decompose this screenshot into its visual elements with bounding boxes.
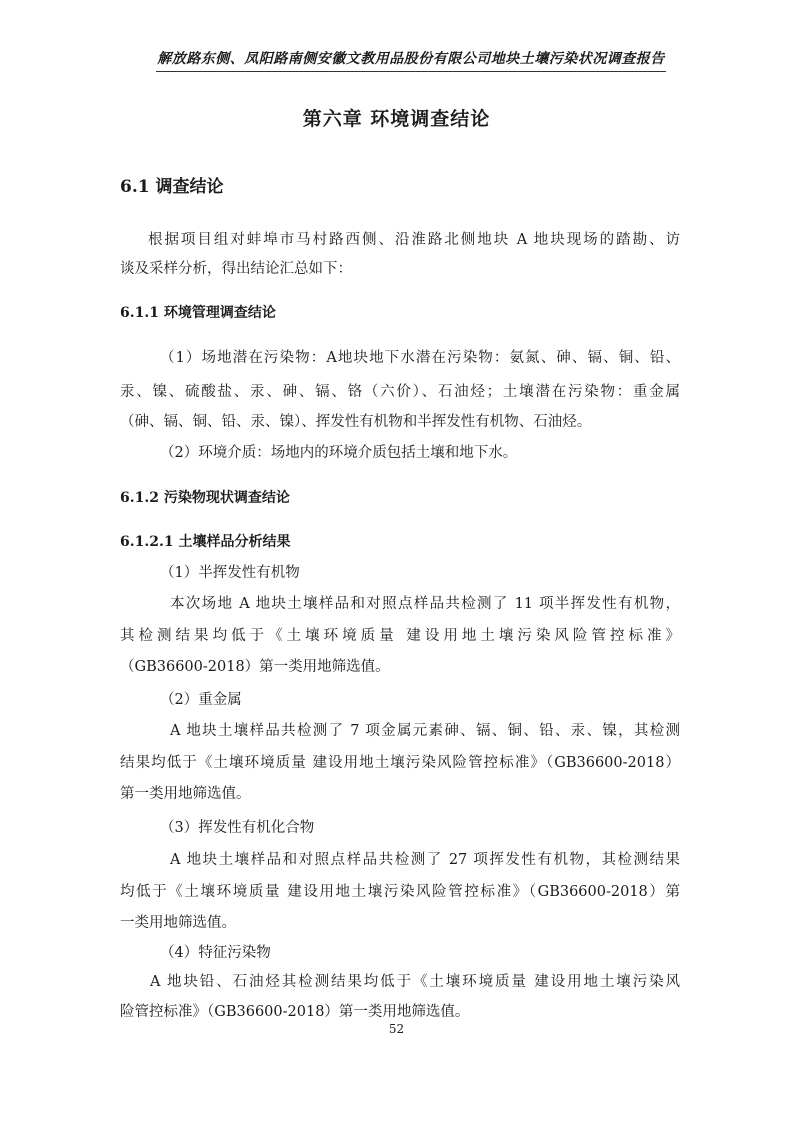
intro-line: 根据项目组对蚌埠市马村路西侧、沿淮路北侧地块 A 地块现场的踏勘、访 bbox=[148, 228, 680, 249]
body-line: A 地块土壤样品共检测了 7 项金属元素砷、镉、铜、铅、汞、镍，其检测 bbox=[170, 719, 680, 740]
body-line: （GB36600-2018）第一类用地筛选值。 bbox=[120, 655, 680, 676]
body-line: 本次场地 A 地块土壤样品和对照点样品共检测了 11 项半挥发性有机物， bbox=[170, 592, 680, 613]
page-number: 52 bbox=[0, 1022, 793, 1036]
intro-line: 谈及采样分析，得出结论汇总如下： bbox=[120, 257, 680, 278]
body-line: A 地块土壤样品和对照点样品共检测了 27 项挥发性有机物，其检测结果 bbox=[170, 848, 680, 869]
item-label: （2）重金属 bbox=[160, 688, 720, 709]
subsection-title: 6.1.2 污染物现状调查结论 bbox=[120, 487, 290, 507]
body-line: 结果均低于《土壤环境质量 建设用地土壤污染风险管控标准》（GB36600-201… bbox=[120, 751, 680, 772]
subsubsection-title: 6.1.2.1 土壤样品分析结果 bbox=[120, 531, 290, 551]
body-line: 一类用地筛选值。 bbox=[120, 911, 680, 932]
subsection-title: 6.1.1 环境管理调查结论 bbox=[120, 302, 276, 322]
body-line: （1）场地潜在污染物：A地块地下水潜在污染物：氨氮、砷、镉、铜、铅、 bbox=[160, 346, 680, 367]
body-line: A 地块铅、石油烃其检测结果均低于《土壤环境质量 建设用地土壤污染风 bbox=[150, 970, 680, 991]
body-line: （砷、镉、铜、铅、汞、镍）、挥发性有机物和半挥发性有机物、石油烃。 bbox=[120, 410, 680, 431]
item-label: （3）挥发性有机化合物 bbox=[160, 816, 720, 837]
chapter-title: 第六章 环境调查结论 bbox=[0, 104, 793, 131]
item-label: （1）半挥发性有机物 bbox=[160, 561, 720, 582]
body-line: （2）环境介质：场地内的环境介质包括土壤和地下水。 bbox=[160, 441, 720, 462]
body-line: 险管控标准》（GB36600-2018）第一类用地筛选值。 bbox=[120, 1000, 680, 1021]
body-line: 其检测结果均低于《土壤环境质量 建设用地土壤污染风险管控标准》 bbox=[120, 624, 680, 645]
section-title: 6.1 调查结论 bbox=[120, 172, 224, 197]
running-header: 解放路东侧、凤阳路南侧安徽文教用品股份有限公司地块土壤污染状况调查报告 bbox=[156, 48, 666, 72]
body-line: 第一类用地筛选值。 bbox=[120, 782, 680, 803]
body-line: 汞、镍、硫酸盐、汞、砷、镉、铬（六价）、石油烃；土壤潜在污染物：重金属 bbox=[120, 380, 680, 401]
item-label: （4）特征污染物 bbox=[160, 941, 720, 962]
body-line: 均低于《土壤环境质量 建设用地土壤污染风险管控标准》（GB36600-2018）… bbox=[120, 880, 680, 901]
